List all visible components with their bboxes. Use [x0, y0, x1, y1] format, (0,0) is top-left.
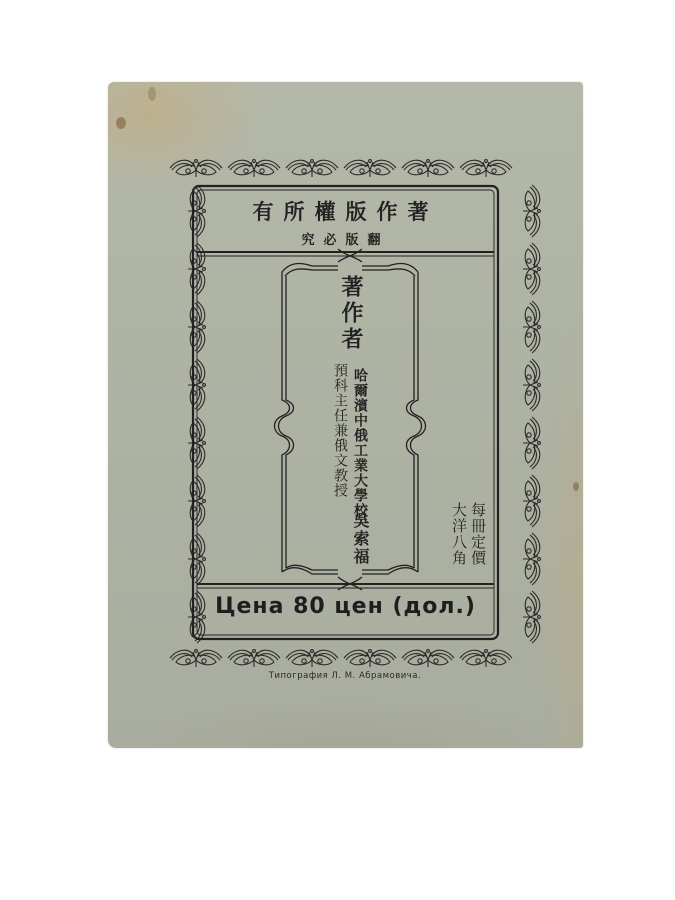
border-bottom [170, 650, 512, 667]
author-affiliation-line-2: 預科主任兼俄文教授 [330, 363, 350, 498]
author-name: 吳索福 [349, 512, 372, 566]
copyright-title: 有所權版作著 [193, 196, 498, 226]
border-right [523, 185, 540, 643]
price-russian: Цена 80 цен (дол.) [193, 594, 498, 619]
border-top [170, 160, 512, 177]
author-label: 著作者 [336, 275, 367, 353]
printer-imprint: Типография Л. М. Абрамовича. [165, 671, 525, 681]
price-line-2: 大洋八角 [449, 502, 470, 566]
price-line-1: 每冊定價 [468, 502, 489, 566]
copyright-subtitle: 究必版翻 [193, 229, 498, 248]
author-affiliation-line-1: 哈爾濱中俄工業大學校 [350, 368, 370, 518]
